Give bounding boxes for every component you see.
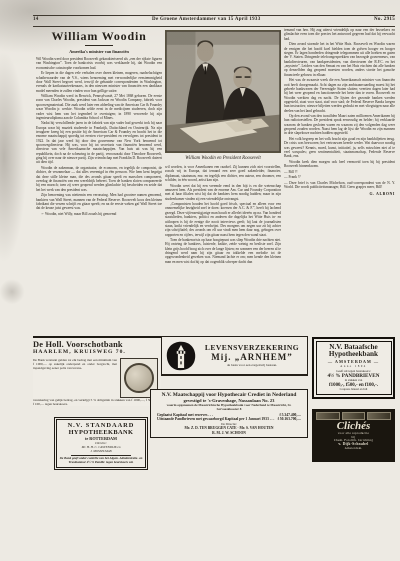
ad-voorschotbank: De Holl. Voorschotbank HAARLEM, KRUISWEG… bbox=[33, 336, 161, 406]
ad-hypothecair-crediet: N.V. Maatschappij voor Hypothecair Credi… bbox=[150, 389, 308, 438]
article-paragraph: Het volk begreep en het volk bracht zijn… bbox=[284, 137, 395, 159]
title-flourish bbox=[85, 45, 113, 46]
photo-illustration bbox=[166, 31, 280, 152]
photo-caption: William Woodin en President Roosevelt bbox=[165, 156, 281, 161]
article-column-1: William Woodin Amerika's minister van fi… bbox=[36, 30, 162, 217]
newspaper-page: 14 De Groene Amsterdammer van 15 April 1… bbox=[0, 0, 400, 561]
ad-voorschotbank-body: verzekering van gelijk bedrag, en verkri… bbox=[33, 398, 161, 406]
article-body-col1: Wil Woodin werd door president Roosevelt… bbox=[36, 57, 162, 216]
article-subtitle: Amerika's minister van financiën bbox=[36, 49, 162, 54]
ad-cliches: Clichés voor alle reproductie bij Chem. … bbox=[312, 409, 395, 462]
dialogue-line: — Bill ?! bbox=[284, 170, 395, 174]
article-paragraph: Nadat hij verschillende jaren in de fabr… bbox=[36, 121, 162, 164]
header-rule-bottom bbox=[33, 26, 395, 27]
ad-standaard-line1: N.V. STANDAARD bbox=[59, 422, 143, 429]
article-paragraph: wil worden, is voor Amerikanen een raads… bbox=[165, 165, 281, 182]
article-paragraph: iemand van hen. Hij zag uiterst vriendel… bbox=[284, 28, 395, 41]
article-signature: G. ALBONI bbox=[284, 192, 395, 196]
article-paragraph: Woodin weet dat hij een vreemde eend in … bbox=[165, 184, 281, 201]
article-column-2: William Woodin en President Roosevelt wi… bbox=[165, 30, 281, 265]
article-paragraph: Zijn benoeming was niettemin een verrass… bbox=[36, 193, 162, 210]
ad-hypothecair-pandbrieven-value: f 50.163.700,— bbox=[278, 417, 301, 421]
ad-arnhem-line2: Mij. „ARNHEM” bbox=[200, 352, 304, 362]
article-paragraph: Toen de bankencrisis op haar hoogtepunt … bbox=[165, 238, 281, 264]
ad-standaard-directeur: J. MOSSELMAN bbox=[59, 450, 143, 454]
ad-cliches-city: Amsterdam. bbox=[316, 447, 391, 451]
ad-voorschotbank-body: De Bank verstrekt gelden tot elk bedrag … bbox=[33, 358, 117, 398]
article-paragraph: Woodin keek dien morgen ook heel vermoei… bbox=[284, 160, 395, 169]
article-title: William Woodin bbox=[36, 30, 162, 42]
photo-woodin-roosevelt bbox=[165, 30, 281, 153]
header-rule-top bbox=[33, 15, 395, 16]
page-header: 14 De Groene Amsterdammer van 15 April 1… bbox=[33, 17, 395, 22]
ad-bataafsche-coupons: Coupons Januari en Juli bbox=[318, 388, 390, 392]
article-body-col3: iemand van hen. Hij zag uiterst vriendel… bbox=[284, 28, 395, 196]
article-paragraph: Dien avond stormde het in het Witte Huis… bbox=[284, 42, 395, 77]
dialogue-line: — Deze brief is van Charles Michelson, o… bbox=[284, 181, 395, 190]
ad-bataafsche-line2: Hypotheekbank bbox=[318, 351, 390, 359]
ad-arnhem-line1: LEVENSVERZEKERING bbox=[200, 344, 304, 353]
article-paragraph: Wil Woodin werd door president Roosevelt… bbox=[36, 57, 162, 70]
issue-number: No. 2915 bbox=[374, 17, 395, 22]
ad-arnhem: LEVENSVERZEKERING Mij. „ARNHEM” de basis… bbox=[161, 336, 308, 376]
article-column-3: iemand van hen. Hij zag uiterst vriendel… bbox=[284, 28, 395, 196]
ad-bataafsche-anno: Anno 1894 bbox=[318, 365, 390, 369]
article-paragraph: „Componisten houden het hoofd goed frisc… bbox=[165, 202, 281, 237]
ad-voorschotbank-location: HAARLEM, KRUISWEG 70. bbox=[33, 349, 161, 356]
masthead-title: De Groene Amsterdammer van 15 April 1933 bbox=[39, 17, 374, 22]
article-paragraph: Het was de zwaarste week die een Amerika… bbox=[284, 78, 395, 113]
ad-standaard-body: De Bank geeft onder contrôle van het Alg… bbox=[59, 457, 143, 465]
pointing-hand-note: ☞ Woodin, niet Willy, maar Bill zooals h… bbox=[36, 212, 162, 216]
article-paragraph: Woodin de zakenman, de organisator, de e… bbox=[36, 166, 162, 192]
article-paragraph: William Woodin werd in Berwick, Pennsylv… bbox=[36, 94, 162, 120]
dialogue-line: — Frank !? bbox=[284, 175, 395, 179]
article-paragraph: Op den avond van den twaalfden Maart zat… bbox=[284, 114, 395, 136]
ad-standaard-line2: HYPOTHEEKBANK bbox=[59, 429, 143, 436]
cliches-sample-images bbox=[316, 412, 391, 420]
ad-hypothecair-note: waarin opgenomen de Maastrichtsche Hypot… bbox=[161, 404, 297, 412]
ad-standaard-hypotheekbank: N.V. STANDAARD HYPOTHEEKBANK te ROTTERDA… bbox=[56, 419, 146, 468]
ad-hypothecair-directeuren: R. M. J. W. SCHOON bbox=[155, 431, 303, 435]
ad-arnhem-tagline: de basis voor een zorgenvrij bestaan. bbox=[200, 363, 304, 367]
ad-voorschotbank-title: De Holl. Voorschotbank bbox=[33, 340, 161, 349]
article-body-col2: wil worden, is voor Amerikanen een raads… bbox=[165, 165, 281, 264]
ad-hypothecair-pandbrieven-label: Uitstaande Pandbrieven met gewaarborgd K… bbox=[157, 417, 274, 421]
ad-bataafsche-hypotheekbank: N.V. Bataafsche Hypotheekbank — AMSTERDA… bbox=[312, 337, 395, 399]
tower-icon bbox=[165, 340, 197, 372]
article-paragraph: Er liepen in die dagen vele verhalen ove… bbox=[36, 71, 162, 93]
